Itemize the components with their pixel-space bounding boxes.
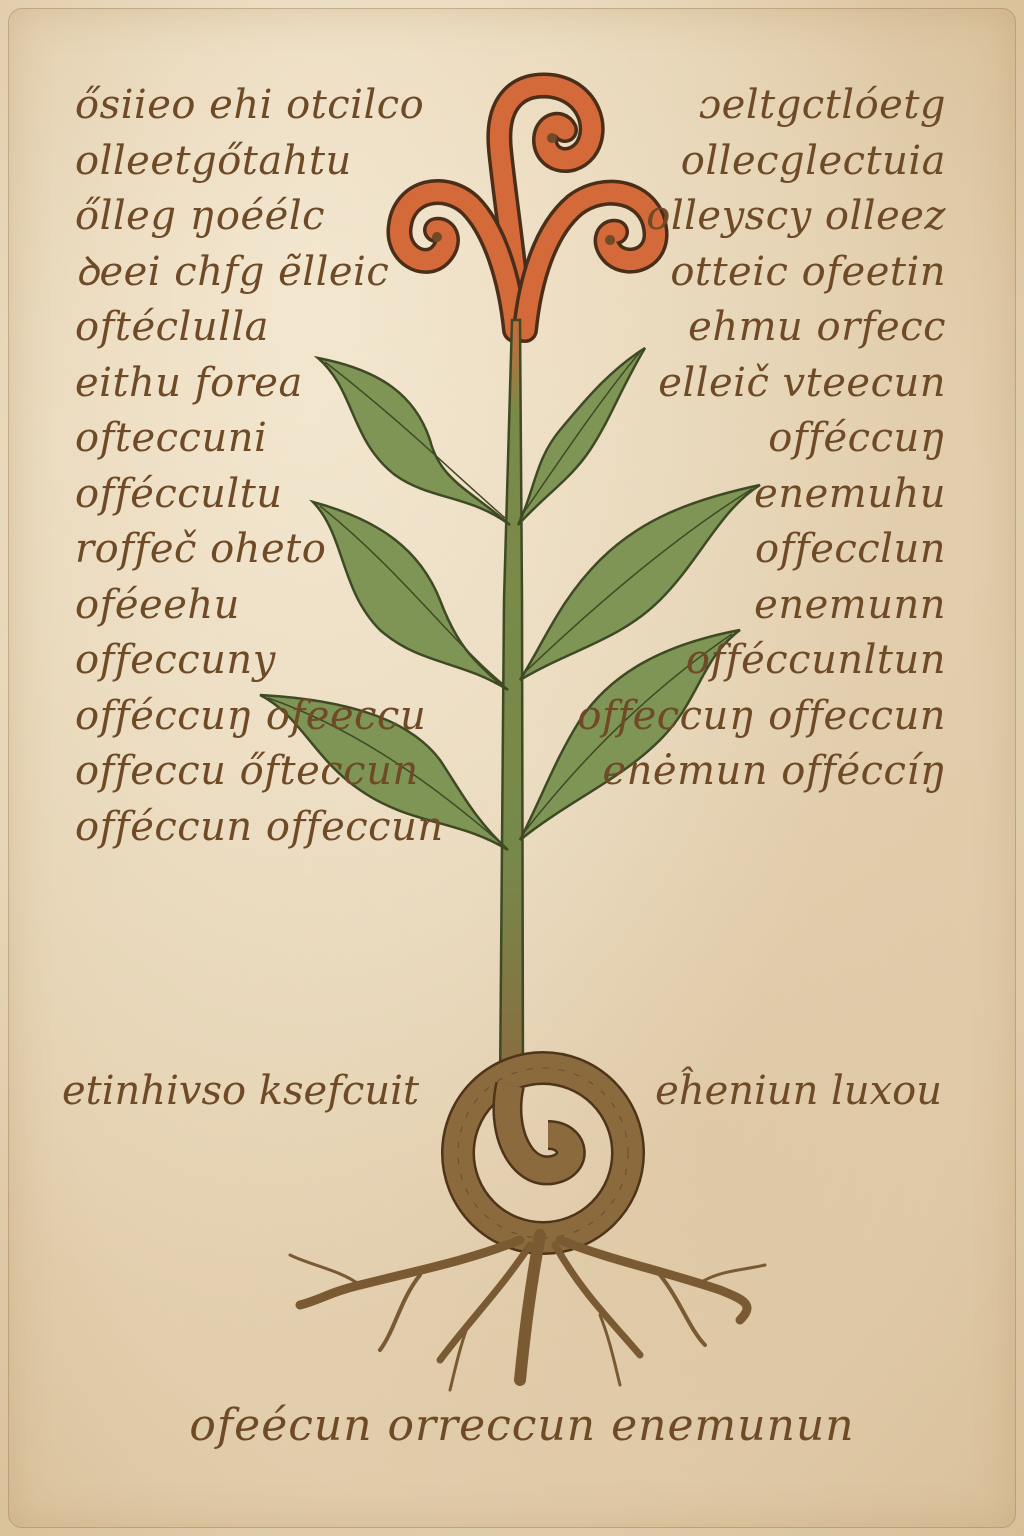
text-line: offeccuŋ offeccun xyxy=(577,689,946,745)
text-line: enemunn xyxy=(577,578,946,634)
text-line: ɔeltgctlóetg xyxy=(577,78,946,134)
root-coil-icon xyxy=(458,1068,628,1238)
left-text-column: ősiieo ehi otcilco olleetgőtahtu őlleg ŋ… xyxy=(75,78,444,855)
text-line: roffeč oheto xyxy=(75,522,444,578)
text-line: elleič vteecun xyxy=(577,356,946,412)
text-line: enėmun offéccíŋ xyxy=(577,744,946,800)
text-line: offeccu őfteccun xyxy=(75,744,444,800)
text-line: otteic ofeetin xyxy=(577,245,946,301)
text-line: enemuhu xyxy=(577,467,946,523)
text-line: ofteccuni xyxy=(75,411,444,467)
text-line: offéccunltun xyxy=(577,633,946,689)
text-line: oféeehu xyxy=(75,578,444,634)
text-line: ollecglectuia xyxy=(577,134,946,190)
text-line: offéccuŋ ofeeccu xyxy=(75,689,444,745)
text-line: ꝺeei chfg ẽlleic xyxy=(75,245,444,301)
caption-left: etinhivso ksefcuit xyxy=(62,1068,419,1114)
text-line: offéccuŋ xyxy=(577,411,946,467)
right-text-column: ɔeltgctlóetg ollecglectuia olleyscy olle… xyxy=(577,78,946,800)
text-line: offecclun xyxy=(577,522,946,578)
caption-right: eĥeniun luxou xyxy=(655,1068,942,1114)
text-line: őlleg ŋoéélc xyxy=(75,189,444,245)
text-line: olleetgőtahtu xyxy=(75,134,444,190)
manuscript-page: ősiieo ehi otcilco olleetgőtahtu őlleg ŋ… xyxy=(0,0,1024,1536)
footer-text: ofeécun orreccun enemunun xyxy=(0,1400,1024,1451)
text-line: offeccuny xyxy=(75,633,444,689)
text-line: offéccun offeccun xyxy=(75,800,444,856)
text-line: eithu forea xyxy=(75,356,444,412)
text-line: ősiieo ehi otcilco xyxy=(75,78,444,134)
stem xyxy=(500,320,523,1090)
text-line: offéccultu xyxy=(75,467,444,523)
roots-icon xyxy=(290,1235,765,1390)
text-line: oftéclulla xyxy=(75,300,444,356)
text-line: olleyscy olleez xyxy=(577,189,946,245)
text-line: ehmu orfecc xyxy=(577,300,946,356)
